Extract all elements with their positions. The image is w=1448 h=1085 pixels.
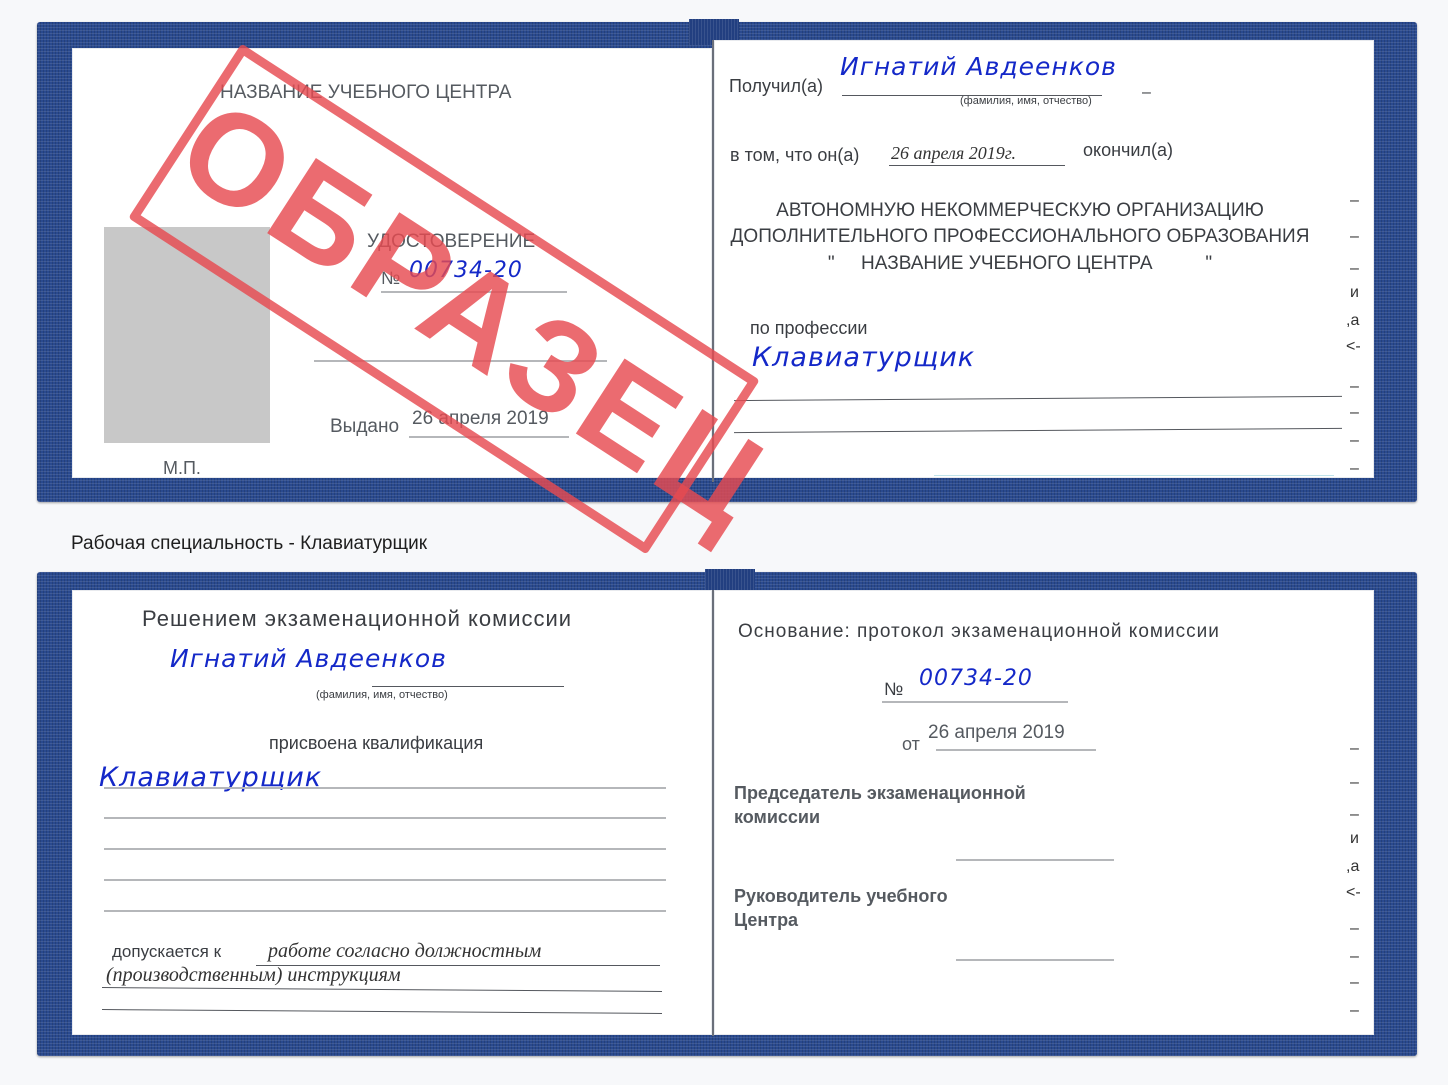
edge-mark: – (1350, 378, 1359, 396)
edge-mark: – (1350, 806, 1359, 824)
issued-underline (409, 436, 569, 438)
edge-mark: <- (1346, 338, 1361, 356)
head-label-2: Центра (734, 910, 798, 931)
certificate-inner-left-page: Решением экзаменационной комиссии Игнати… (72, 590, 712, 1035)
profession-label: по профессии (750, 318, 867, 339)
admitted-label: допускается к (112, 942, 221, 962)
recipient-name: Игнатий Авдеенков (840, 52, 1117, 81)
edge-mark: <- (1346, 884, 1361, 902)
edge-mark: и (1350, 830, 1359, 848)
head-signature-line[interactable] (956, 959, 1114, 961)
finished-label: окончил(а) (1083, 140, 1173, 161)
edge-mark: – (1350, 740, 1359, 758)
profession-line-1 (734, 396, 1342, 401)
dash-mark: – (1142, 84, 1151, 102)
admitted-underline-3 (102, 1009, 662, 1014)
certificate-number: 00734-20 (409, 258, 523, 283)
admitted-line-1: работе согласно должностным (268, 940, 541, 963)
chairman-label-1: Председатель экзаменационной (734, 783, 1026, 804)
edge-mark: ,а (1346, 312, 1359, 330)
blank-line (314, 360, 607, 362)
qualification-line-1 (104, 787, 666, 789)
protocol-number-label: № (884, 679, 903, 700)
page-edge-line (934, 475, 1334, 476)
chairman-label-2: комиссии (734, 807, 820, 828)
edge-mark: – (1350, 260, 1359, 278)
from-label: от (902, 734, 920, 755)
edge-mark: – (1350, 460, 1359, 478)
number-underline (381, 291, 567, 293)
org-line-1: АВТОНОМНУЮ НЕКОММЕРЧЕСКУЮ ОРГАНИЗАЦИЮ (714, 200, 1326, 222)
admitted-line-2: (производственным) инструкциям (106, 964, 401, 987)
certificate-right-page: Получил(а) Игнатий Авдеенков – (фамилия,… (714, 40, 1374, 478)
that-date: 26 апреля 2019г. (891, 143, 1016, 164)
qualification-line-2 (104, 817, 666, 819)
qualification-label: присвоена квалификация (269, 733, 483, 754)
edge-mark: – (1350, 920, 1359, 938)
qualification-line-3 (104, 848, 666, 850)
from-date: 26 апреля 2019 (928, 722, 1065, 744)
specialty-caption: Рабочая специальность - Клавиатурщик (71, 533, 427, 555)
head-label-1: Руководитель учебного (734, 886, 948, 907)
date-underline (889, 165, 1065, 166)
edge-mark: – (1350, 228, 1359, 246)
edge-mark: – (1350, 1002, 1359, 1020)
edge-mark: – (1350, 432, 1359, 450)
seal-label: М.П. (163, 458, 201, 479)
certificate-inner-right-page: Основание: протокол экзаменационной коми… (714, 590, 1374, 1035)
chairman-signature-line[interactable] (956, 859, 1114, 861)
edge-mark: – (1350, 404, 1359, 422)
profession-line-2 (734, 428, 1342, 433)
edge-mark: – (1350, 974, 1359, 992)
holder-name: Игнатий Авдеенков (170, 644, 447, 673)
org-line-3: " НАЗВАНИЕ УЧЕБНОГО ЦЕНТРА " (714, 253, 1326, 275)
edge-mark: – (1350, 192, 1359, 210)
issued-date: 26 апреля 2019 (412, 408, 549, 430)
certificate-cover-bottom: Решением экзаменационной комиссии Игнати… (37, 572, 1417, 1056)
basis-title: Основание: протокол экзаменационной коми… (738, 621, 1220, 643)
org-name: НАЗВАНИЕ УЧЕБНОГО ЦЕНТРА (220, 82, 512, 104)
from-date-underline (936, 749, 1096, 751)
name-underline (372, 686, 564, 687)
received-label: Получил(а) (729, 76, 823, 97)
document-title: УДОСТОВЕРЕНИЕ (367, 231, 535, 253)
edge-mark: – (1350, 948, 1359, 966)
edge-mark: – (1350, 774, 1359, 792)
qualification-line-4 (104, 879, 666, 881)
profession-value: Клавиатурщик (752, 342, 975, 373)
certificate-left-page: НАЗВАНИЕ УЧЕБНОГО ЦЕНТРА УДОСТОВЕРЕНИЕ №… (72, 48, 712, 478)
admitted-underline-2 (102, 987, 662, 992)
edge-mark: и (1350, 284, 1359, 302)
name-hint: (фамилия, имя, отчество) (960, 95, 1092, 107)
qualification-line-5 (104, 910, 666, 912)
decision-title: Решением экзаменационной комиссии (142, 606, 572, 632)
name-hint: (фамилия, имя, отчество) (316, 689, 448, 701)
org-line-2: ДОПОЛНИТЕЛЬНОГО ПРОФЕССИОНАЛЬНОГО ОБРАЗО… (714, 226, 1326, 248)
edge-mark: ,а (1346, 858, 1359, 876)
photo-placeholder (104, 227, 270, 443)
that-label: в том, что он(а) (730, 145, 859, 166)
number-label: № (381, 268, 400, 289)
certificate-cover-top: НАЗВАНИЕ УЧЕБНОГО ЦЕНТРА УДОСТОВЕРЕНИЕ №… (37, 22, 1417, 502)
protocol-number: 00734-20 (919, 666, 1033, 691)
protocol-number-underline (882, 701, 1068, 703)
issued-label: Выдано (330, 416, 399, 438)
